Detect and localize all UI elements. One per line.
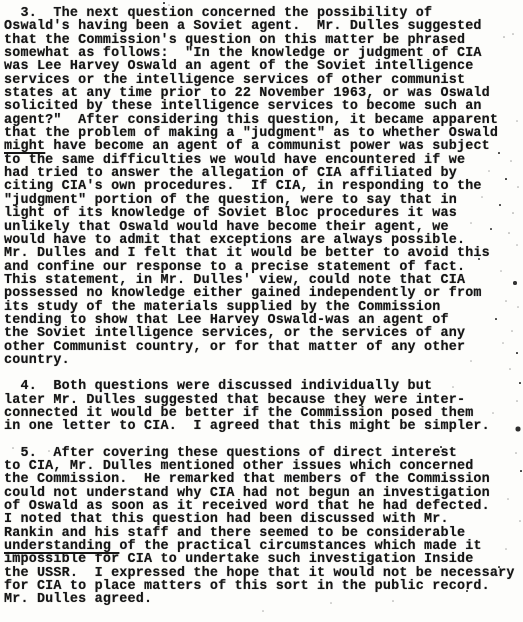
text-line: somewhat as follows: "In the knowledge o…: [4, 47, 523, 60]
scan-noise-speckles: [0, 0, 2, 2]
text-line: had tried to answer the allegation of CI…: [4, 167, 523, 180]
text-line: for CIA to place matters of this sort in…: [4, 580, 523, 593]
text-line: "judgment" portion of the question, were…: [4, 194, 523, 207]
text-line: the USSR. I expressed the hope that it w…: [4, 567, 523, 580]
text-line: 3. The next question concerned the possi…: [4, 7, 523, 20]
text-line: Mr. Dulles agreed.: [4, 593, 523, 606]
text-line: 4. Both questions were discussed individ…: [4, 380, 523, 393]
text-line: to the same difficulties we would have e…: [4, 154, 523, 167]
text-line: country.: [4, 354, 523, 367]
text-line: later Mr. Dulles suggested that because …: [4, 394, 523, 407]
text-line: understanding of the practical circumsta…: [4, 540, 523, 553]
text-line: light of its knowledge of Soviet Bloc pr…: [4, 207, 523, 220]
text-line: and confine our response to a precise st…: [4, 261, 523, 274]
text-line: was Lee Harvey Oswald an agent of the So…: [4, 60, 523, 73]
document-page: 3. The next question concerned the possi…: [0, 0, 523, 622]
text-line: that the Commission's question on this m…: [4, 34, 523, 47]
text-line: connected it would be better if the Comm…: [4, 407, 523, 420]
text-line: Mr. Dulles and I felt that it would be b…: [4, 247, 523, 260]
text-line: the Soviet intelligence services, or the…: [4, 327, 523, 340]
text-line: I noted that this question had been disc…: [4, 513, 523, 526]
text-line: to CIA, Mr. Dulles mentioned other issue…: [4, 460, 523, 473]
text-line: services or the intelligence services of…: [4, 74, 523, 87]
text-line: other Communist country, or for that mat…: [4, 341, 523, 354]
text-line: This statement, in Mr. Dulles' view, cou…: [4, 274, 523, 287]
text-line: in one letter to CIA. I agreed that this…: [4, 420, 523, 433]
text-line: citing CIA's own procedures. If CIA, in …: [4, 180, 523, 193]
text-line: would have to admit that exceptions are …: [4, 234, 523, 247]
text-line: Oswald's having been a Soviet agent. Mr.…: [4, 20, 523, 33]
paragraph-3: 3. The next question concerned the possi…: [4, 7, 523, 367]
text-line: solicited by these intelligence services…: [4, 100, 523, 113]
text-line: the Commission. He remarked that members…: [4, 473, 523, 486]
text-line: impossible for CIA to undertake such inv…: [4, 553, 523, 566]
text-line: unlikely that Oswald would have become t…: [4, 221, 523, 234]
text-line: agent?" After considering this question,…: [4, 114, 523, 127]
text-line: possessed no knowledge either gained ind…: [4, 287, 523, 300]
text-line: states at any time prior to 22 November …: [4, 87, 523, 100]
text-line: tending to show that Lee Harvey Oswald-w…: [4, 314, 523, 327]
paragraph-5: 5. After covering these questions of dir…: [4, 447, 523, 607]
text-line: that the problem of making a "judgment" …: [4, 127, 523, 140]
text-line: could not understand why CIA had not beg…: [4, 487, 523, 500]
text-line: might have become an agent of a communis…: [4, 140, 523, 153]
text-line: 5. After covering these questions of dir…: [4, 447, 523, 460]
text-line: its study of the materials supplied by t…: [4, 301, 523, 314]
paragraph-4: 4. Both questions were discussed individ…: [4, 380, 523, 433]
text-line: of Oswald as soon as it received word th…: [4, 500, 523, 513]
text-line: Rankin and his staff and there seemed to…: [4, 527, 523, 540]
